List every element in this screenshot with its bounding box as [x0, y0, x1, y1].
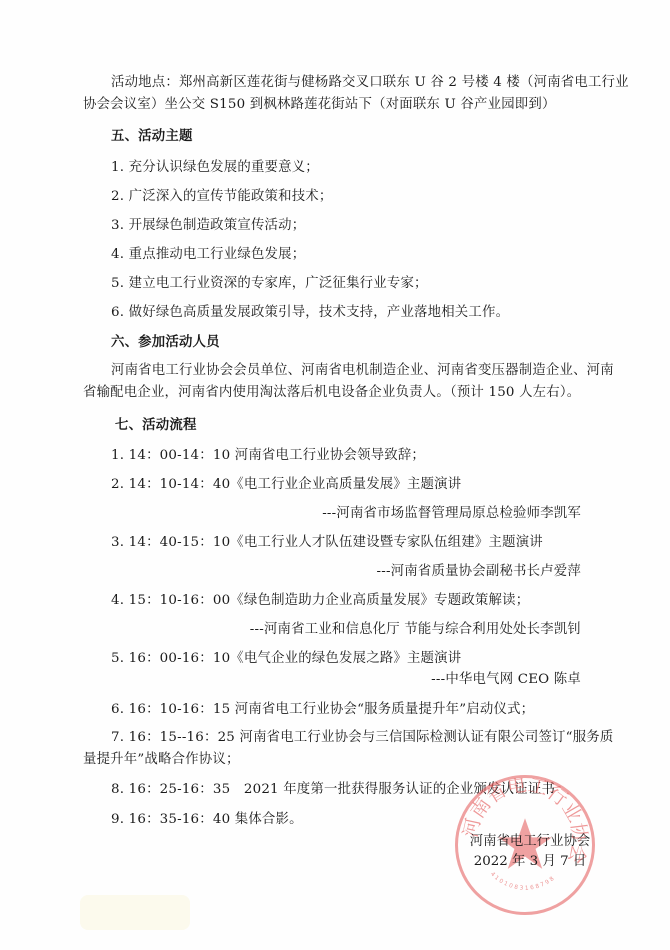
theme-item-2: 2. 广泛深入的宣传节能政策和技术；: [83, 186, 591, 208]
agenda-item-1: 1. 14：00-14：10 河南省电工行业协会领导致辞；: [83, 445, 591, 467]
participants-line-1: 河南省电工行业协会会员单位、河南省电机制造企业、河南省变压器制造企业、河南: [83, 360, 591, 382]
theme-item-3: 3. 开展绿色制造政策宣传活动；: [83, 215, 591, 237]
agenda-item-7-cont: 量提升年”战略合作协议；: [83, 749, 591, 771]
agenda-item-3: 3. 14：40-15：10《电工行业人才队伍建设暨专家队伍组建》主题演讲: [83, 532, 591, 554]
theme-item-1: 1. 充分认识绿色发展的重要意义；: [83, 157, 591, 179]
document-page: 活动地点：郑州高新区莲花街与健杨路交叉口联东 U 谷 2 号楼 4 楼（河南省电…: [0, 0, 670, 950]
section-7-heading: 七、活动流程: [83, 414, 591, 436]
location-line-2: 协会会议室）坐公交 S150 到枫林路莲花街站下（对面联东 U 谷产业园即到）: [83, 94, 591, 116]
section-6-heading: 六、参加活动人员: [83, 331, 591, 353]
section-5-heading: 五、活动主题: [83, 125, 591, 147]
theme-item-6: 6. 做好绿色高质量发展政策引导，技术支持，产业落地相关工作。: [83, 302, 591, 324]
theme-item-5: 5. 建立电工行业资深的专家库，广泛征集行业专家；: [83, 273, 591, 295]
agenda-item-4-speaker: ---河南省工业和信息化厅 节能与综合利用处处长李凯钊: [83, 619, 581, 641]
agenda-item-5-speaker: ---中华电气网 CEO 陈卓: [83, 669, 581, 691]
agenda-item-3-speaker: ---河南省质量协会副秘书长卢爱萍: [83, 561, 581, 583]
signature-org: 河南省电工行业协会: [440, 832, 620, 852]
location-line-1: 活动地点：郑州高新区莲花街与健杨路交叉口联东 U 谷 2 号楼 4 楼（河南省电…: [83, 72, 591, 94]
agenda-item-5: 5. 16：00-16：10《电气企业的绿色发展之路》主题演讲: [83, 648, 591, 670]
agenda-item-4: 4. 15：10-16：00《绿色制造助力企业高质量发展》专题政策解读；: [83, 590, 591, 612]
svg-text:4101083168798: 4101083168798: [489, 871, 557, 892]
participants-line-2: 省输配电企业，河南省内使用淘汰落后机电设备企业负责人。（预计 150 人左右）。: [83, 382, 591, 404]
signature-date: 2022 年 3 月 7 日: [440, 852, 620, 872]
agenda-item-7: 7. 16：15--16：25 河南省电工行业协会与三信国际检测认证有限公司签订…: [83, 727, 591, 749]
scan-artifact: [80, 895, 190, 930]
theme-item-4: 4. 重点推动电工行业绿色发展；: [83, 244, 591, 266]
agenda-item-2-speaker: ---河南省市场监督管理局原总检验师李凯军: [83, 503, 581, 525]
agenda-item-6: 6. 16：10-16：15 河南省电工行业协会“服务质量提升年”启动仪式；: [83, 699, 591, 721]
agenda-item-2: 2. 14：10-14：40《电工行业企业高质量发展》主题演讲: [83, 474, 591, 496]
